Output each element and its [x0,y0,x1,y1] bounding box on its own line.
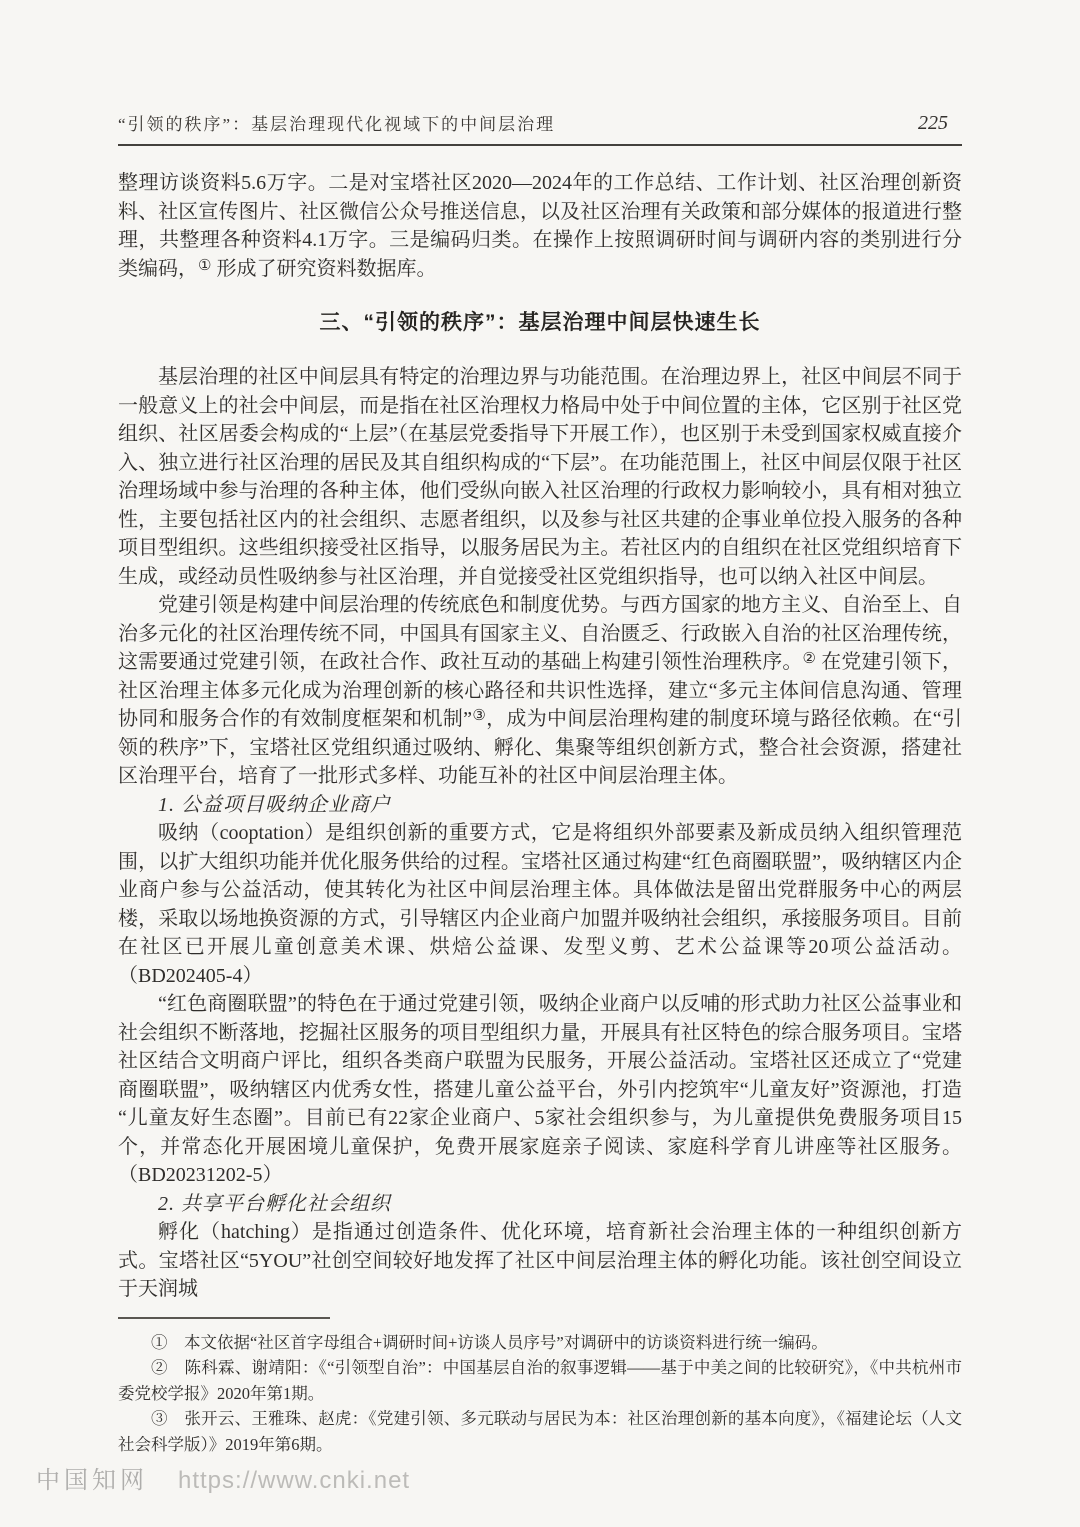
page-header: “引领的秩序”：基层治理现代化视域下的中间层治理 225 [118,110,962,146]
subsection-heading-2: 2. 共享平台孵化社会组织 [118,1190,962,1219]
page-number: 225 [918,112,962,135]
footnote-2: ② 陈科霖、谢靖阳：《“引领型自治”：中国基层自治的叙事逻辑——基于中美之间的比… [118,1355,962,1406]
document-page: “引领的秩序”：基层治理现代化视域下的中间层治理 225 整理访谈资料5.6万字… [0,0,1080,1527]
paragraph: 孵化（hatching）是指通过创造条件、优化环境，培育新社会治理主体的一种组织… [118,1218,962,1304]
cnki-url: https://www.cnki.net [178,1467,410,1495]
footnote-1: ① 本文依据“社区首字母组合+调研时间+访谈人员序号”对调研中的访谈资料进行统一… [118,1330,962,1356]
page-content: “引领的秩序”：基层治理现代化视域下的中间层治理 225 整理访谈资料5.6万字… [118,110,962,1457]
running-title: “引领的秩序”：基层治理现代化视域下的中间层治理 [118,110,555,135]
footnote-marker-3: ③ [472,708,486,724]
footnote-divider [118,1317,330,1319]
article-body: 整理访谈资料5.6万字。二是对宝塔社区2020—2024年的工作总结、工作计划、… [118,169,962,1304]
subsection-heading-1: 1. 公益项目吸纳企业商户 [118,791,962,820]
paragraph: 基层治理的社区中间层具有特定的治理边界与功能范围。在治理边界上，社区中间层不同于… [118,363,962,591]
paragraph: “红色商圈联盟”的特色在于通过党建引领，吸纳企业商户以反哺的形式助力社区公益事业… [118,990,962,1190]
paragraph: 党建引领是构建中间层治理的传统底色和制度优势。与西方国家的地方主义、自治至上、自… [118,591,962,791]
footnote-3: ③ 张开云、王雅珠、赵虎：《党建引领、多元联动与居民为本：社区治理创新的基本向度… [118,1406,962,1457]
footnote-marker-2: ② [803,651,817,667]
paragraph: 吸纳（cooptation）是组织创新的重要方式，它是将组织外部要素及新成员纳入… [118,819,962,990]
footnote-marker-1: ① [198,258,211,274]
paragraph-text: 形成了研究资料数据库。 [211,258,436,280]
cnki-watermark: 中国知网 https://www.cnki.net [36,1460,410,1495]
footnotes-section: ① 本文依据“社区首字母组合+调研时间+访谈人员序号”对调研中的访谈资料进行统一… [118,1317,962,1458]
section-heading: 三、“引领的秩序”：基层治理中间层快速生长 [118,306,962,336]
paragraph-continuation: 整理访谈资料5.6万字。二是对宝塔社区2020—2024年的工作总结、工作计划、… [118,169,962,283]
cnki-brand-text: 中国知网 [36,1460,148,1495]
